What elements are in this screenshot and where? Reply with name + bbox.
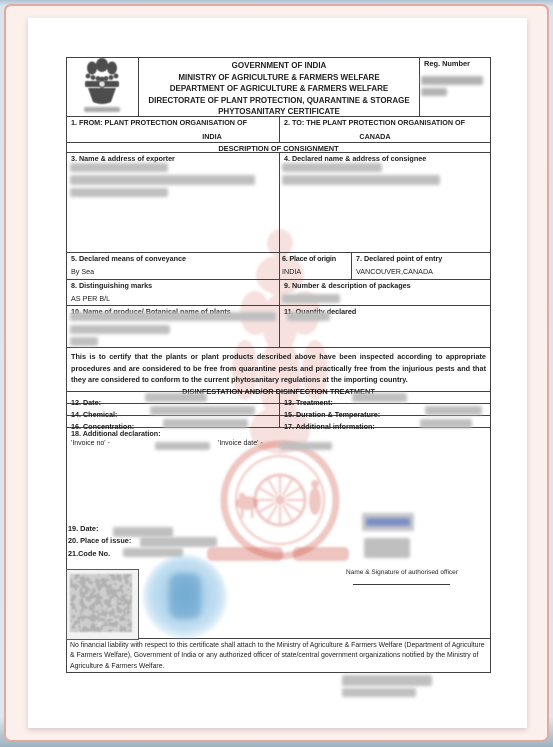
blue-round-stamp [143, 555, 227, 639]
conveyance-label: 5. Declared means of conveyance [67, 253, 279, 264]
conveyance-row: 5. Declared means of conveyance By Sea 6… [67, 252, 490, 279]
redacted-reg-number-1 [421, 76, 483, 85]
from-label: 1. FROM: PLANT PROTECTION ORGANISATION O… [67, 117, 279, 128]
certification-row: This is to certify that the plants or pl… [67, 347, 490, 391]
signature-line [353, 584, 450, 585]
issue-code-label: 21.Code No. [68, 548, 131, 560]
qr-code [66, 569, 139, 640]
entry-cell: 7. Declared point of entry VANCOUVER,CAN… [351, 253, 490, 279]
header-row: GOVERNMENT OF INDIA MINISTRY OF AGRICULT… [67, 58, 490, 116]
redacted-signature-ink [366, 518, 410, 526]
to-cell: 2. TO: THE PLANT PROTECTION ORGANISATION… [279, 117, 490, 142]
redacted-treatment-date [145, 393, 207, 402]
marks-cell: 8. Distinguishing marks AS PER B/L [67, 280, 279, 305]
emblem-cell [67, 58, 138, 116]
entry-label: 7. Declared point of entry [352, 253, 490, 264]
redacted-packages [282, 294, 340, 303]
treatment-row-1: 12. Date: 13. Treatment: [67, 391, 490, 403]
conveyance-cell: 5. Declared means of conveyance By Sea [67, 253, 279, 279]
reg-number-cell: Reg. Number [419, 58, 490, 116]
to-value: CANADA [280, 132, 490, 141]
redacted-invoice-no [155, 442, 210, 450]
packages-label: 9. Number & description of packages [280, 280, 490, 291]
exporter-label: 3. Name & address of exporter [67, 153, 279, 164]
consignment-section-row: DESCRIPTION OF CONSIGNMENT [67, 142, 490, 152]
origin-cell: 6. Place of origin INDIA [279, 253, 351, 279]
consignment-section-title: DESCRIPTION OF CONSIGNMENT [67, 143, 490, 153]
disclaimer-text: No financial liability with respect to t… [67, 639, 490, 672]
reg-number-label: Reg. Number [420, 58, 490, 69]
screenshot-canvas: GOVERNMENT OF INDIA MINISTRY OF AGRICULT… [0, 0, 553, 747]
redacted-exporter-2 [70, 175, 255, 185]
signature-caption: Name & Signature of authorised officer [326, 569, 478, 576]
redacted-produce-2 [70, 325, 170, 334]
redacted-produce-3 [70, 337, 98, 346]
disclaimer-row: No financial liability with respect to t… [67, 638, 490, 672]
redacted-concentration [163, 419, 248, 428]
directorate-title: DIRECTORATE OF PLANT PROTECTION, QUARANT… [139, 95, 419, 107]
marks-label: 8. Distinguishing marks [67, 280, 279, 291]
stamp-core [169, 573, 201, 619]
redacted-duration [425, 406, 482, 415]
gov-title: GOVERNMENT OF INDIA [139, 60, 419, 72]
entry-value: VANCOUVER,CANADA [352, 264, 490, 277]
redacted-reg-number-2 [421, 88, 447, 96]
header-title-cell: GOVERNMENT OF INDIA MINISTRY OF AGRICULT… [138, 58, 419, 116]
additional-declaration-label: 18. Additional declaration: [67, 428, 490, 439]
consignee-label: 4. Declared name & address of consignee [280, 153, 490, 164]
from-cell: 1. FROM: PLANT PROTECTION ORGANISATION O… [67, 117, 279, 142]
redacted-chemical [150, 406, 255, 415]
to-label: 2. TO: THE PLANT PROTECTION ORGANISATION… [280, 117, 490, 128]
redacted-consignee-2 [282, 175, 440, 185]
redacted-treatment [352, 393, 407, 402]
invoice-no-label: 'Invoice no' - [71, 440, 110, 447]
origin-label: 6. Place of origin [280, 253, 351, 264]
redacted-produce-1 [70, 312, 276, 321]
redacted-invoice-date [280, 442, 332, 450]
marks-packages-row: 8. Distinguishing marks AS PER B/L 9. Nu… [67, 279, 490, 305]
parties-row: 1. FROM: PLANT PROTECTION ORGANISATION O… [67, 116, 490, 142]
redacted-quantity [287, 312, 330, 321]
from-value: INDIA [67, 132, 279, 141]
redacted-issue-place [140, 537, 217, 547]
redacted-bottom-right-1 [342, 675, 432, 686]
redacted-issue-date [113, 527, 173, 537]
certificate-page: GOVERNMENT OF INDIA MINISTRY OF AGRICULT… [28, 18, 527, 728]
invoice-date-label: 'Invoice date' - [218, 440, 263, 447]
ministry-title: MINISTRY OF AGRICULTURE & FARMERS WELFAR… [139, 72, 419, 84]
issue-place-label: 20. Place of issue: [68, 535, 131, 547]
certification-text: This is to certify that the plants or pl… [67, 348, 490, 386]
redacted-additional-info [420, 419, 472, 428]
department-title: DEPARTMENT OF AGRICULTURE & FARMERS WELF… [139, 83, 419, 95]
redacted-signature-bottom [364, 538, 410, 558]
conveyance-value: By Sea [67, 264, 279, 277]
redacted-consignee-1 [282, 163, 382, 172]
origin-value: INDIA [280, 264, 351, 277]
redacted-exporter-3 [70, 188, 168, 197]
redacted-bottom-right-2 [342, 688, 416, 697]
marks-value: AS PER B/L [67, 291, 279, 304]
redacted-exporter-1 [70, 163, 168, 172]
